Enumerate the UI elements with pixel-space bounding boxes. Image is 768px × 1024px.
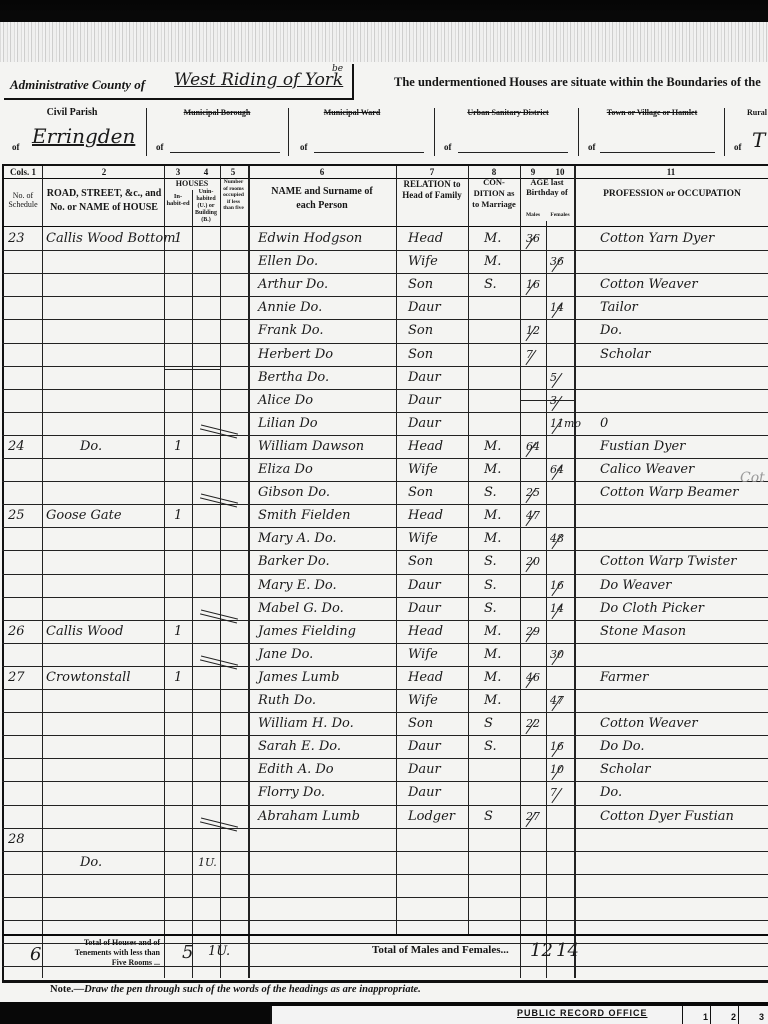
rural-value: T bbox=[752, 128, 765, 152]
road-name: Do. bbox=[80, 851, 102, 874]
rural-label: Rural bbox=[742, 108, 768, 117]
header-condition: CON-DITION as to Marriage bbox=[470, 177, 518, 210]
underline bbox=[458, 152, 568, 153]
inhabited: 1 bbox=[174, 435, 182, 458]
county-box-edge bbox=[352, 64, 354, 98]
relation: Head bbox=[408, 504, 443, 527]
header-relation: RELATION to Head of Family bbox=[398, 179, 466, 201]
header-males: Males bbox=[520, 212, 546, 218]
person-name: Jane Do. bbox=[258, 643, 313, 666]
stamp-cell-3: 3 bbox=[738, 1006, 766, 1024]
occupation: Cotton Yarn Dyer bbox=[600, 227, 714, 250]
condition: S. bbox=[484, 481, 497, 504]
header-houses: HOUSES bbox=[164, 179, 220, 188]
total-schedules: 6 bbox=[30, 944, 41, 965]
header-age: AGE last Birthday of bbox=[521, 177, 573, 197]
table-row: Mabel G. Do.DaurS.14Do Cloth Picker bbox=[0, 597, 768, 620]
table-row: Eliza DoWifeM.64Calico Weaver bbox=[0, 458, 768, 481]
urban-sanitary-label: Urban Sanitary District bbox=[448, 108, 568, 117]
occupation: Cotton Dyer Fustian bbox=[600, 805, 734, 828]
header-uninhabited: Unin-habited (U.) or Building (B.) bbox=[193, 189, 219, 224]
occupation: Cotton Warp Twister bbox=[600, 550, 737, 573]
col-num-2: 2 bbox=[44, 167, 164, 177]
relation: Wife bbox=[408, 689, 438, 712]
person-name: Abraham Lumb bbox=[258, 805, 360, 828]
col-num-5: 5 bbox=[220, 167, 246, 177]
condition: M. bbox=[484, 250, 501, 273]
person-name: James Fielding bbox=[258, 620, 356, 643]
occupation: Do Do. bbox=[600, 735, 645, 758]
occupation: Farmer bbox=[600, 666, 648, 689]
condition: M. bbox=[484, 689, 501, 712]
relation: Son bbox=[408, 481, 433, 504]
underline bbox=[314, 152, 424, 153]
col-num-3: 3 bbox=[164, 167, 192, 177]
condition: S. bbox=[484, 597, 497, 620]
col-num-8: 8 bbox=[468, 167, 520, 177]
road-name: Do. bbox=[80, 435, 102, 458]
municipal-ward-of: of bbox=[300, 142, 308, 152]
occupation: Fustian Dyer bbox=[600, 435, 685, 458]
occupation: Scholar bbox=[600, 343, 651, 366]
occupation: Cotton Weaver bbox=[600, 273, 698, 296]
table-row: William H. Do.SonS22Cotton Weaver bbox=[0, 712, 768, 735]
occupation: Cotton Weaver bbox=[600, 712, 698, 735]
person-name: Edith A. Do bbox=[258, 758, 334, 781]
rural-of: of bbox=[734, 142, 742, 152]
occupation: Do Weaver bbox=[600, 574, 671, 597]
relation: Son bbox=[408, 550, 433, 573]
table-row: 27Crowtonstall1James LumbHeadM.46Farmer bbox=[0, 666, 768, 689]
table-row: Sarah E. Do.DaurS.16Do Do. bbox=[0, 735, 768, 758]
relation: Daur bbox=[408, 389, 441, 412]
header-schedule: No. of Schedule bbox=[4, 191, 42, 209]
schedule-no: 26 bbox=[8, 620, 25, 643]
county-underline bbox=[4, 98, 354, 100]
person-name: William H. Do. bbox=[258, 712, 354, 735]
condition: M. bbox=[484, 435, 501, 458]
note-text: Draw the pen through such of the words o… bbox=[84, 984, 421, 995]
civil-parish-label: Civil Parish bbox=[32, 108, 112, 117]
col-num-10: 10 bbox=[546, 167, 574, 177]
person-name: Alice Do bbox=[258, 389, 313, 412]
table-row: Florry Do.Daur7Do. bbox=[0, 781, 768, 804]
divider bbox=[288, 108, 289, 156]
table-row: Ruth Do.WifeM.47 bbox=[0, 689, 768, 712]
totals-divider bbox=[2, 934, 768, 936]
uninhabited: 1U. bbox=[198, 851, 217, 874]
condition: S bbox=[484, 712, 493, 735]
admin-county-code: be bbox=[332, 64, 343, 74]
relation: Head bbox=[408, 435, 443, 458]
table-row: Arthur Do.SonS.16Cotton Weaver bbox=[0, 273, 768, 296]
header-occupation: PROFESSION or OCCUPATION bbox=[578, 189, 766, 199]
relation: Son bbox=[408, 343, 433, 366]
table-row: Herbert DoSon7Scholar bbox=[0, 343, 768, 366]
condition: M. bbox=[484, 504, 501, 527]
inhabited: 1 bbox=[174, 504, 182, 527]
relation: Son bbox=[408, 712, 433, 735]
occupation: Do. bbox=[600, 781, 622, 804]
person-name: Mary E. Do. bbox=[258, 574, 337, 597]
table-row: Gibson Do.SonS.25Cotton Warp Beamer bbox=[0, 481, 768, 504]
relation: Daur bbox=[408, 758, 441, 781]
road-name: Goose Gate bbox=[46, 504, 122, 527]
stamp-cell-2: 2 bbox=[710, 1006, 738, 1024]
total-females: 14 bbox=[556, 940, 579, 961]
person-name: Mabel G. Do. bbox=[258, 597, 344, 620]
col-num-4: 4 bbox=[192, 167, 220, 177]
person-name: Annie Do. bbox=[258, 296, 322, 319]
header-females: Females bbox=[546, 212, 574, 218]
col-num-7: 7 bbox=[396, 167, 468, 177]
relation: Daur bbox=[408, 735, 441, 758]
note-prefix: Note.— bbox=[50, 984, 84, 995]
relation: Son bbox=[408, 273, 433, 296]
header-inhabited: In-habit-ed bbox=[166, 193, 190, 207]
person-name: James Lumb bbox=[258, 666, 339, 689]
table-row: 25Goose Gate1Smith FieldenHeadM.47 bbox=[0, 504, 768, 527]
table-row: Jane Do.WifeM.30 bbox=[0, 643, 768, 666]
person-name: Gibson Do. bbox=[258, 481, 330, 504]
condition: S bbox=[484, 805, 493, 828]
civil-parish-of: of bbox=[12, 142, 20, 152]
road-name: Crowtonstall bbox=[46, 666, 131, 689]
public-record-office-stamp: PUBLIC RECORD OFFICE 1 2 3 bbox=[270, 1006, 768, 1024]
schedule-no: 28 bbox=[8, 828, 25, 851]
municipal-borough-label: Municipal Borough bbox=[172, 108, 262, 117]
relation: Wife bbox=[408, 643, 438, 666]
relation: Daur bbox=[408, 597, 441, 620]
condition: M. bbox=[484, 643, 501, 666]
col-num-6: 6 bbox=[248, 167, 396, 177]
table-row: Do.1U. bbox=[0, 851, 768, 874]
person-name: Smith Fielden bbox=[258, 504, 351, 527]
admin-county-label: Administrative County of bbox=[10, 77, 145, 93]
table-row: Frank Do.Son12Do. bbox=[0, 319, 768, 342]
admin-county-value: West Riding of York bbox=[174, 70, 343, 90]
table-row: Mary A. Do.WifeM.48 bbox=[0, 527, 768, 550]
divider bbox=[434, 108, 435, 156]
person-name: Lilian Do bbox=[258, 412, 318, 435]
civil-parish-value: Erringden bbox=[32, 124, 135, 148]
occupation: Calico Weaver bbox=[600, 458, 694, 481]
divider bbox=[578, 108, 579, 156]
occupation: Scholar bbox=[600, 758, 651, 781]
header-name: NAME and Surname of each Person bbox=[262, 185, 382, 213]
inhabited: 1 bbox=[174, 666, 182, 689]
total-inhabited: 5 bbox=[182, 942, 193, 963]
total-males: 12 bbox=[530, 940, 553, 961]
boundaries-text: The undermentioned Houses are situate wi… bbox=[394, 75, 761, 90]
occupation: Tailor bbox=[600, 296, 638, 319]
person-name: Sarah E. Do. bbox=[258, 735, 341, 758]
table-row: 26Callis Wood1James FieldingHeadM.29Ston… bbox=[0, 620, 768, 643]
relation: Head bbox=[408, 666, 443, 689]
footer-note: Note.—Draw the pen through such of the w… bbox=[50, 984, 421, 995]
table-row: Annie Do.Daur14Tailor bbox=[0, 296, 768, 319]
town-village-of: of bbox=[588, 142, 596, 152]
relation: Daur bbox=[408, 296, 441, 319]
municipal-borough-of: of bbox=[156, 142, 164, 152]
relation: Daur bbox=[408, 781, 441, 804]
table-row: Bertha Do.Daur5 bbox=[0, 366, 768, 389]
condition: M. bbox=[484, 458, 501, 481]
table-row bbox=[0, 874, 768, 897]
total-houses-label: Total of Houses and of Tenements with le… bbox=[60, 938, 160, 968]
relation: Son bbox=[408, 319, 433, 342]
divider bbox=[146, 108, 147, 156]
person-name: Eliza Do bbox=[258, 458, 313, 481]
table-row bbox=[0, 897, 768, 920]
road-name: Callis Wood Bottom bbox=[46, 227, 176, 250]
underline bbox=[170, 152, 280, 153]
person-name: Ruth Do. bbox=[258, 689, 316, 712]
header-road: ROAD, STREET, &c., and No. or NAME of HO… bbox=[46, 187, 162, 215]
occupation: Stone Mason bbox=[600, 620, 686, 643]
condition: M. bbox=[484, 620, 501, 643]
occupation: Do Cloth Picker bbox=[600, 597, 704, 620]
condition: S. bbox=[484, 550, 497, 573]
occupation: Cotton Warp Beamer bbox=[600, 481, 738, 504]
condition: S. bbox=[484, 735, 497, 758]
scan-noise bbox=[0, 22, 768, 62]
person-name: William Dawson bbox=[258, 435, 364, 458]
female-age: 11mo bbox=[550, 412, 581, 435]
person-name: Herbert Do bbox=[258, 343, 333, 366]
stamp-label: PUBLIC RECORD OFFICE bbox=[517, 1008, 648, 1018]
occupation: 0 bbox=[600, 412, 608, 435]
town-village-label: Town or Village or Hamlet bbox=[587, 108, 717, 117]
table-row: 23Callis Wood Bottom1Edwin HodgsonHeadM.… bbox=[0, 227, 768, 250]
person-name: Florry Do. bbox=[258, 781, 325, 804]
person-name: Arthur Do. bbox=[258, 273, 328, 296]
inhabited: 1 bbox=[174, 620, 182, 643]
person-name: Ellen Do. bbox=[258, 250, 318, 273]
table-row: Lilian DoDaur11mo0 bbox=[0, 412, 768, 435]
condition: M. bbox=[484, 527, 501, 550]
stamp-cell-1: 1 bbox=[682, 1006, 710, 1024]
inhabited: 1 bbox=[174, 227, 182, 250]
col-num-9: 9 bbox=[520, 167, 546, 177]
road-name: Callis Wood bbox=[46, 620, 123, 643]
col-num-11: 11 bbox=[576, 167, 766, 177]
table-row: Mary E. Do.DaurS.16Do Weaver bbox=[0, 574, 768, 597]
margin-note: Cot bbox=[740, 470, 765, 486]
table-row: Edith A. DoDaur10Scholar bbox=[0, 758, 768, 781]
relation: Lodger bbox=[408, 805, 455, 828]
underline bbox=[600, 152, 715, 153]
relation: Wife bbox=[408, 527, 438, 550]
person-name: Barker Do. bbox=[258, 550, 330, 573]
column-headers: No. of Schedule ROAD, STREET, &c., and N… bbox=[0, 179, 768, 225]
schedule-no: 27 bbox=[8, 666, 25, 689]
schedule-no: 23 bbox=[8, 227, 25, 250]
relation: Head bbox=[408, 227, 443, 250]
table-row: Abraham LumbLodgerS27Cotton Dyer Fustian bbox=[0, 805, 768, 828]
relation: Daur bbox=[408, 574, 441, 597]
total-uninhabited: 1U. bbox=[208, 944, 230, 959]
relation: Wife bbox=[408, 250, 438, 273]
condition: S. bbox=[484, 273, 497, 296]
schedule-no: 25 bbox=[8, 504, 25, 527]
table-row: Barker Do.SonS.20Cotton Warp Twister bbox=[0, 550, 768, 573]
table-row: Alice DoDaur3 bbox=[0, 389, 768, 412]
condition: M. bbox=[484, 666, 501, 689]
urban-sanitary-of: of bbox=[444, 142, 452, 152]
person-name: Edwin Hodgson bbox=[258, 227, 362, 250]
relation: Daur bbox=[408, 366, 441, 389]
table-row: 24Do.1William DawsonHeadM.64Fustian Dyer bbox=[0, 435, 768, 458]
relation: Wife bbox=[408, 458, 438, 481]
occupation: Do. bbox=[600, 319, 622, 342]
person-name: Mary A. Do. bbox=[258, 527, 337, 550]
person-name: Bertha Do. bbox=[258, 366, 329, 389]
header-rooms: Number of rooms occupied if less than fi… bbox=[221, 179, 246, 212]
table-row: 28 bbox=[0, 828, 768, 851]
municipal-ward-label: Municipal Ward bbox=[312, 108, 392, 117]
schedule-no: 24 bbox=[8, 435, 25, 458]
total-persons-label: Total of Males and Females... bbox=[372, 944, 509, 956]
page-header: Administrative County of West Riding of … bbox=[2, 62, 768, 164]
person-name: Frank Do. bbox=[258, 319, 324, 342]
relation: Daur bbox=[408, 412, 441, 435]
relation: Head bbox=[408, 620, 443, 643]
condition: S. bbox=[484, 574, 497, 597]
table-row: Ellen Do.WifeM.36 bbox=[0, 250, 768, 273]
col-num-1: Cols. 1 bbox=[4, 167, 42, 177]
condition: M. bbox=[484, 227, 501, 250]
divider bbox=[724, 108, 725, 156]
